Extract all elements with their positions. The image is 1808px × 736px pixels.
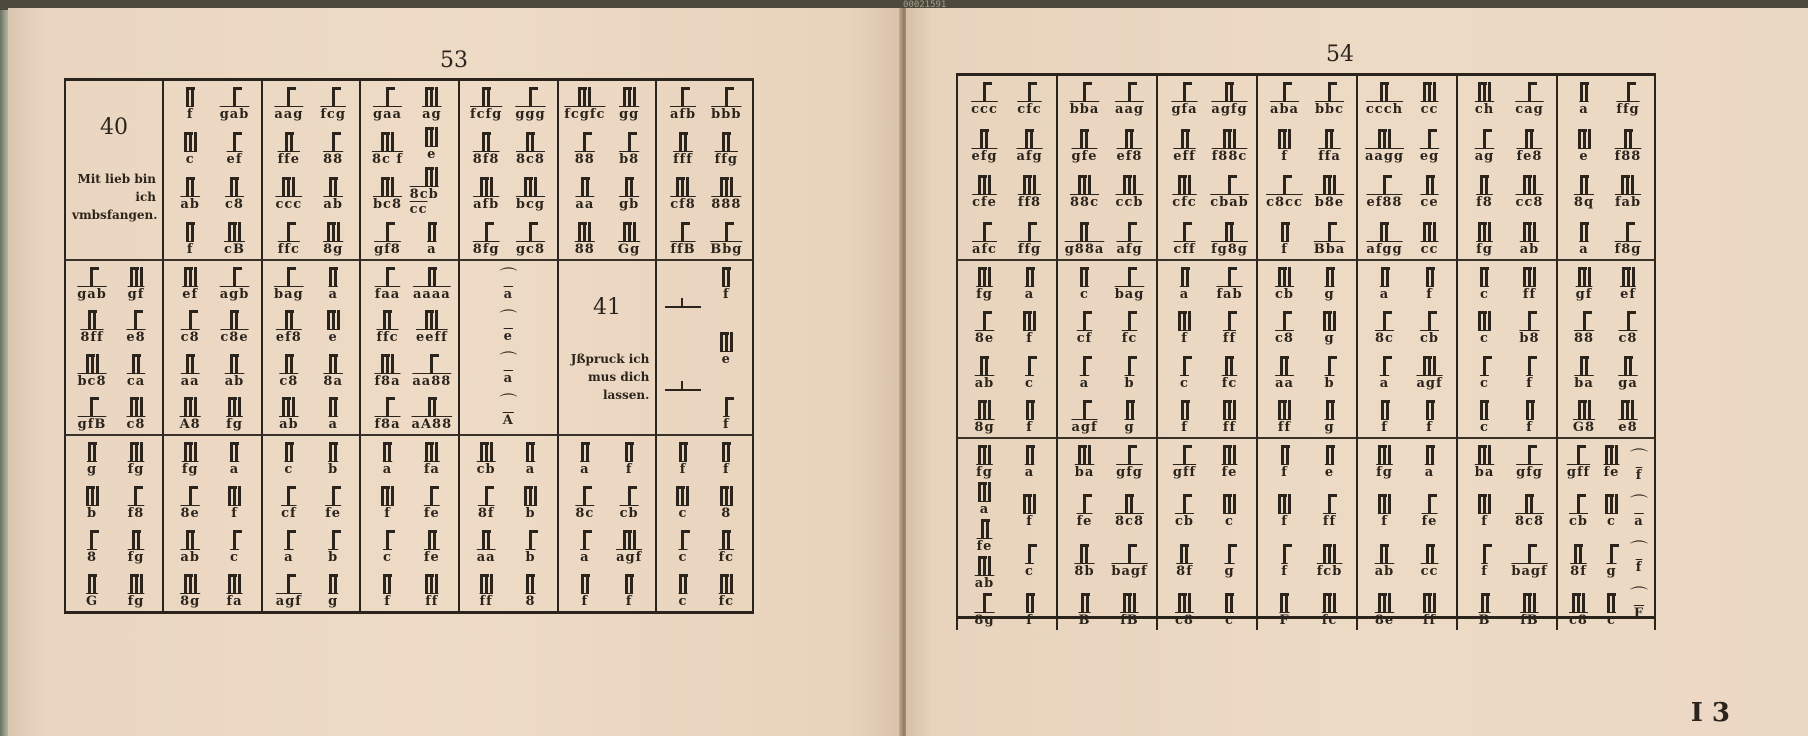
rhythm-sign	[1428, 309, 1431, 331]
rhythm-sign	[1181, 398, 1189, 420]
tab-letters: b	[1324, 376, 1334, 391]
tab-letters: fg8g	[1211, 242, 1248, 257]
rhythm-flag-icon	[1126, 400, 1129, 420]
rhythm-flag-icon	[628, 132, 631, 152]
tab-letters: a	[504, 287, 513, 302]
tab-note: bagf	[1511, 542, 1547, 579]
tab-letters: 8f	[478, 506, 495, 521]
rhythm-flag-icon	[531, 442, 534, 462]
rhythm-flag-icon	[1533, 222, 1536, 242]
rhythm-flag-icon	[332, 222, 335, 242]
tab-letters: f	[1426, 420, 1433, 435]
rhythm-flag-icon	[1128, 593, 1131, 613]
tab-note: f	[1378, 492, 1391, 529]
tab-letters: bbc	[1315, 102, 1344, 117]
rhythm-flag-icon	[134, 310, 137, 330]
tab-note: agf	[1416, 354, 1442, 391]
rhythm-flag-icon	[381, 354, 384, 374]
tab-letters: cb	[620, 506, 639, 521]
measure-cell: fcgfc88aa88ggb8gbGg	[557, 81, 656, 261]
tab-letters: f	[1026, 613, 1033, 628]
tab-note: a	[580, 528, 589, 565]
rhythm-flag-icon	[1328, 494, 1331, 514]
rhythm-flag-icon	[983, 175, 986, 195]
rhythm-sign	[184, 265, 197, 287]
rhythm-sign	[381, 175, 394, 197]
tab-note: gab	[220, 85, 250, 122]
tab-note: eeff	[416, 308, 448, 345]
measure-cell: fg8eab8gafcf	[956, 261, 1056, 439]
rhythm-flag-icon	[285, 354, 288, 374]
tab-column: fgafeab8g	[962, 443, 1007, 628]
rhythm-sign	[332, 85, 335, 107]
rhythm-flag-icon	[1428, 311, 1431, 331]
rhythm-sign	[1278, 265, 1291, 287]
tab-note: ffe	[278, 130, 300, 167]
rhythm-flag-icon	[189, 442, 192, 462]
rhythm-flag-icon	[1385, 222, 1388, 242]
tab-column: fcfg8f8afb8fg	[464, 85, 508, 257]
rhythm-sign	[1528, 542, 1531, 564]
tab-note: 88	[323, 130, 343, 167]
tab-note: fc	[719, 528, 735, 565]
tab-letters: 88	[575, 242, 595, 257]
tab-letters: 8ff	[80, 330, 103, 345]
tab-letters: agb	[220, 287, 250, 302]
rhythm-sign	[1326, 265, 1334, 287]
rhythm-flag-icon	[184, 397, 187, 417]
tab-note: b	[525, 528, 535, 565]
tab-note: ⌒e	[499, 311, 517, 344]
rhythm-flag-icon	[1486, 593, 1489, 613]
tab-note: ⌒A	[499, 395, 517, 428]
rhythm-flag-icon	[334, 354, 337, 374]
rhythm-flag-icon	[235, 442, 238, 462]
tab-note: f	[1181, 398, 1189, 435]
measure-cell: gffcb8fc8fecgc	[1156, 439, 1256, 630]
tab-note: aba	[1270, 80, 1299, 117]
rhythm-sign	[1528, 80, 1531, 102]
rhythm-flag-icon	[482, 87, 485, 107]
tab-note: 8c	[575, 484, 594, 521]
rhythm-sign	[1026, 398, 1034, 420]
rhythm-flag-icon	[430, 127, 433, 147]
tab-note: 8g	[974, 591, 994, 628]
rhythm-sign	[1323, 309, 1336, 331]
rhythm-sign	[1278, 127, 1291, 149]
rhythm-flag-icon	[978, 175, 981, 195]
rhythm-sign	[480, 175, 493, 197]
rhythm-sign	[430, 484, 433, 506]
rhythm-sign	[1577, 492, 1580, 514]
rhythm-flag-icon	[1128, 175, 1131, 195]
rhythm-sign	[1278, 492, 1291, 514]
rhythm-flag-icon	[1483, 82, 1486, 102]
rhythm-sign	[428, 395, 436, 417]
tab-note: gfg	[1516, 443, 1543, 480]
rhythm-sign	[978, 443, 991, 465]
rhythm-flag-icon	[191, 222, 194, 242]
tab-note: c	[1025, 542, 1034, 579]
rhythm-flag-icon	[1023, 311, 1026, 331]
rhythm-flag-icon	[727, 530, 730, 550]
piece-title: Mit lieb bin ich vmbsfangen.	[72, 170, 156, 224]
tab-note: f8	[128, 484, 145, 521]
rhythm-sign	[332, 528, 335, 550]
rhythm-flag-icon	[189, 574, 192, 594]
tab-note: ch	[1475, 80, 1494, 117]
rhythm-sign	[1125, 127, 1133, 149]
tab-note: 8c	[1375, 309, 1394, 346]
rhythm-flag-icon	[189, 486, 192, 506]
rhythm-flag-icon	[1283, 129, 1286, 149]
tab-note: 8c8	[1515, 492, 1544, 529]
rhythm-flag-icon	[1323, 593, 1326, 613]
tab-letters: c	[679, 594, 688, 609]
tab-letters: c	[284, 462, 293, 477]
tab-note: agf	[276, 572, 302, 609]
rhythm-flag-icon	[287, 486, 290, 506]
rhythm-flag-icon	[1178, 175, 1181, 195]
rhythm-flag-icon	[1631, 175, 1634, 195]
tab-note: ffc	[278, 220, 300, 257]
tab-note: f	[1481, 542, 1488, 579]
rhythm-flag-icon	[1186, 267, 1189, 287]
tab-letters: 8	[721, 506, 731, 521]
rhythm-flag-icon	[430, 310, 433, 330]
tab-note: c8	[1275, 309, 1294, 346]
rhythm-flag-icon	[90, 530, 93, 550]
rhythm-sign	[681, 528, 684, 550]
tab-letters: B	[1479, 613, 1491, 628]
tab-letters: ba	[1475, 465, 1495, 480]
tab-note: cB	[224, 220, 245, 257]
rhythm-sign	[327, 220, 340, 242]
rhythm-flag-icon	[1285, 356, 1288, 376]
tab-note: ab	[323, 175, 343, 212]
tab-letters: agf	[276, 594, 302, 609]
rhythm-flag-icon	[1326, 267, 1329, 287]
tab-note: f	[581, 572, 589, 609]
rhythm-sign	[679, 572, 687, 594]
tab-note: afgg	[1366, 220, 1402, 257]
rhythm-sign	[233, 130, 236, 152]
tab-note: a	[1579, 220, 1588, 257]
rhythm-flag-icon	[386, 486, 389, 506]
rhythm-flag-icon	[1183, 175, 1186, 195]
rhythm-flag-icon	[1085, 544, 1088, 564]
rhythm-sign	[130, 395, 143, 417]
tab-letters: gfg	[1516, 465, 1543, 480]
tab-note: ff	[1223, 309, 1236, 346]
tab-note: fe	[424, 484, 440, 521]
rhythm-flag-icon	[90, 397, 93, 417]
rhythm-sign	[1225, 220, 1233, 242]
rhythm-sign	[233, 85, 236, 107]
tab-note: ff	[480, 572, 493, 609]
rhythm-sign	[1180, 542, 1188, 564]
tab-note: B	[1079, 591, 1091, 628]
rhythm-flag-icon	[327, 222, 330, 242]
rhythm-flag-icon	[1281, 445, 1284, 465]
tab-letters: a	[1180, 287, 1189, 302]
tab-letters: fg	[128, 462, 145, 477]
tab-note: c	[284, 440, 293, 477]
measure-cell: gf88baG8efc8gae8	[1556, 261, 1656, 439]
tab-note: c8	[279, 352, 298, 389]
tab-note: gg	[619, 85, 639, 122]
rhythm-flag-icon	[686, 177, 689, 197]
measure-cell: cb8faaffabb8	[458, 436, 557, 611]
tab-note: aa	[181, 352, 200, 389]
rhythm-flag-icon	[285, 442, 288, 462]
measure-cell: bbagfe88cg88aaagef8ccbafg	[1056, 76, 1156, 261]
tab-letters: ab	[279, 417, 299, 432]
tab-letters: 8f	[1570, 564, 1587, 579]
tab-letters: 8c	[575, 506, 594, 521]
rhythm-sign	[578, 220, 591, 242]
tab-column: bagef8c8ab	[267, 265, 311, 432]
rhythm-flag-icon	[91, 354, 94, 374]
rhythm-flag-icon	[1485, 267, 1488, 287]
rhythm-flag-icon	[1572, 593, 1575, 613]
rhythm-flag-icon	[983, 400, 986, 420]
rhythm-flag-icon	[1631, 400, 1634, 420]
rhythm-sign	[725, 395, 728, 417]
tab-column: bagfcbg	[1107, 265, 1152, 435]
tab-note: f	[186, 85, 194, 122]
rhythm-flag-icon	[1588, 400, 1591, 420]
measure-cell: abafc8ccfbbcffab8eBba	[1256, 76, 1356, 261]
tab-letters: f	[384, 506, 391, 521]
rhythm-flag-icon	[583, 87, 586, 107]
rhythm-flag-icon	[988, 400, 991, 420]
rhythm-flag-icon	[1288, 494, 1291, 514]
tab-note: c	[1605, 492, 1618, 529]
tab-letters: ccb	[1116, 195, 1144, 210]
rhythm-flag-icon	[1223, 494, 1226, 514]
rhythm-sign	[329, 265, 337, 287]
rhythm-flag-icon	[1123, 175, 1126, 195]
rhythm-sign	[1128, 542, 1131, 564]
tab-note: eff	[1173, 127, 1195, 164]
rhythm-sign	[482, 85, 490, 107]
tab-letters: 8g	[180, 594, 200, 609]
rhythm-flag-icon	[727, 267, 730, 287]
tab-note: B	[1479, 591, 1491, 628]
rhythm-flag-icon	[1383, 175, 1386, 195]
tab-note: agfg	[1211, 80, 1247, 117]
rhythm-flag-icon	[1288, 129, 1291, 149]
rhythm-flag-icon	[1632, 267, 1635, 287]
rhythm-flag-icon	[1181, 400, 1184, 420]
tab-note: ⌒a	[1630, 496, 1648, 529]
rhythm-sign	[1323, 591, 1336, 613]
rhythm-flag-icon	[1128, 267, 1131, 287]
tab-note: b	[1324, 354, 1334, 391]
rhythm-flag-icon	[332, 87, 335, 107]
rhythm-flag-icon	[1624, 356, 1627, 376]
rhythm-sign	[1480, 265, 1488, 287]
rhythm-flag-icon	[480, 442, 483, 462]
tab-note: eg	[1420, 127, 1439, 164]
rhythm-flag-icon	[722, 132, 725, 152]
rhythm-flag-icon	[1286, 445, 1289, 465]
rhythm-flag-icon	[194, 267, 197, 287]
rhythm-flag-icon	[1228, 400, 1231, 420]
rhythm-flag-icon	[1488, 222, 1491, 242]
tab-note: 8e	[181, 484, 200, 521]
rhythm-flag-icon	[329, 574, 332, 594]
rhythm-flag-icon	[191, 177, 194, 197]
tab-note: f	[1178, 309, 1191, 346]
rhythm-flag-icon	[1624, 129, 1627, 149]
rhythm-flag-icon	[1528, 311, 1531, 331]
rhythm-flag-icon	[581, 442, 584, 462]
measure-cell: ccfaagfbagfcbg	[1056, 261, 1156, 439]
tab-letters: ca	[127, 374, 145, 389]
tab-letters: cbab	[1210, 195, 1249, 210]
rhythm-flag-icon	[1622, 267, 1625, 287]
rhythm-flag-icon	[233, 222, 236, 242]
tab-letters: a	[1579, 102, 1588, 117]
rhythm-sign	[1026, 591, 1034, 613]
tab-column: afcf	[1162, 265, 1207, 435]
tab-note: afb	[670, 85, 696, 122]
rhythm-sign	[1523, 265, 1536, 287]
rhythm-flag-icon	[332, 132, 335, 152]
rhythm-flag-icon	[623, 222, 626, 242]
tab-letters: aa88	[412, 374, 451, 389]
tab-note: cb	[620, 484, 639, 521]
rhythm-flag-icon	[1128, 311, 1131, 331]
rhythm-flag-icon	[1133, 593, 1136, 613]
rhythm-sign	[381, 130, 394, 152]
rhythm-sign	[1480, 398, 1488, 420]
tab-letters: f	[1526, 376, 1533, 391]
rhythm-sign	[978, 480, 991, 502]
rhythm-flag-icon	[381, 177, 384, 197]
tab-note: fg	[1376, 443, 1393, 480]
tab-note: afg	[1016, 127, 1042, 164]
tab-letters: f	[1636, 468, 1643, 483]
rhythm-flag-icon	[184, 574, 187, 594]
tab-letters: cc	[1421, 564, 1439, 579]
tab-letters: ff	[1523, 287, 1536, 302]
rhythm-sign	[228, 220, 241, 242]
tab-letters: f	[1381, 514, 1388, 529]
rhythm-flag-icon	[630, 574, 633, 594]
measure-cell: chagf8fgcagfe8cc8ab	[1456, 76, 1556, 261]
rhythm-sign	[720, 175, 733, 197]
rhythm-flag-icon	[334, 267, 337, 287]
tab-note: gfg	[1116, 443, 1143, 480]
tab-note: ccc	[971, 80, 998, 117]
rhythm-sign	[1480, 173, 1488, 195]
rhythm-sign	[386, 220, 389, 242]
tab-note: aag	[274, 85, 303, 122]
tab-note: afg	[1116, 220, 1142, 257]
rhythm-flag-icon	[1478, 445, 1481, 465]
tab-column: ccegcecc	[1407, 80, 1452, 257]
rhythm-flag-icon	[1328, 82, 1331, 102]
tab-column: gffcb8fc8	[1162, 443, 1207, 628]
tab-letters: c	[679, 550, 688, 565]
rhythm-flag-icon	[1233, 445, 1236, 465]
tab-column: abb8	[508, 440, 552, 609]
rhythm-sign	[230, 308, 238, 330]
tab-letters: A	[503, 413, 514, 428]
tab-note: f	[186, 220, 194, 257]
rhythm-sign	[88, 440, 96, 462]
tab-note: fe8	[1517, 127, 1543, 164]
rhythm-sign	[1128, 443, 1131, 465]
tab-note: fg	[1476, 220, 1493, 257]
rhythm-flag-icon	[1183, 593, 1186, 613]
tab-note: ffB	[670, 220, 695, 257]
tab-note: fe	[1422, 492, 1438, 529]
rhythm-flag-icon	[1230, 82, 1233, 102]
rhythm-flag-icon	[1588, 129, 1591, 149]
rhythm-flag-icon	[1478, 222, 1481, 242]
rhythm-sign	[1428, 127, 1431, 149]
rhythm-flag-icon	[583, 132, 586, 152]
tab-letters: cf	[281, 506, 297, 521]
measure-cell: fcabfgabefc8cB	[162, 81, 261, 261]
measure-cell: gfaeffcfccffagfgf88ccbabfg8g	[1156, 76, 1256, 261]
tab-note: efg	[972, 127, 998, 164]
rhythm-flag-icon	[1385, 82, 1388, 102]
rhythm-flag-icon	[1325, 129, 1328, 149]
rhythm-flag-icon	[482, 530, 485, 550]
rhythm-sign	[1423, 220, 1436, 242]
tab-note: e8	[1618, 398, 1637, 435]
tab-note: fe	[424, 528, 440, 565]
tab-letters: f88	[1615, 149, 1642, 164]
rhythm-flag-icon	[189, 397, 192, 417]
rhythm-sign	[725, 85, 728, 107]
rhythm-sign	[1123, 591, 1136, 613]
tab-note: f	[1426, 398, 1434, 435]
rhythm-flag-icon	[1431, 544, 1434, 564]
rhythm-flag-icon	[730, 574, 733, 594]
rhythm-flag-icon	[1178, 593, 1181, 613]
tab-letters: f	[723, 417, 730, 432]
tab-column: ccfaagf	[267, 440, 311, 609]
tab-letters: ff	[1223, 331, 1236, 346]
rhythm-flag-icon	[140, 397, 143, 417]
tab-letters: f	[1181, 420, 1188, 435]
tab-column: cccc	[1462, 265, 1507, 435]
rhythm-sign	[1083, 492, 1086, 514]
tab-letters: 88	[1574, 331, 1594, 346]
tab-column: afcf	[1007, 443, 1052, 628]
measure-cell: efc8aaA8agbc8eabfg	[162, 261, 261, 436]
rhythm-sign	[233, 265, 236, 287]
tab-letters: 8c f	[372, 152, 403, 167]
tab-column: bbbffg888Bbg	[705, 85, 748, 257]
tab-letters: ccch	[1366, 102, 1403, 117]
rhythm-flag-icon	[524, 177, 527, 197]
tab-note: afc	[972, 220, 997, 257]
rhythm-flag-icon	[1528, 593, 1531, 613]
rhythm-flag-icon	[1283, 175, 1286, 195]
tab-column: fffF	[1262, 443, 1307, 628]
rhythm-flag-icon	[1026, 445, 1029, 465]
rhythm-flag-icon	[1278, 400, 1281, 420]
rhythm-flag-icon	[90, 267, 93, 287]
tab-letters: cc8	[1516, 195, 1544, 210]
